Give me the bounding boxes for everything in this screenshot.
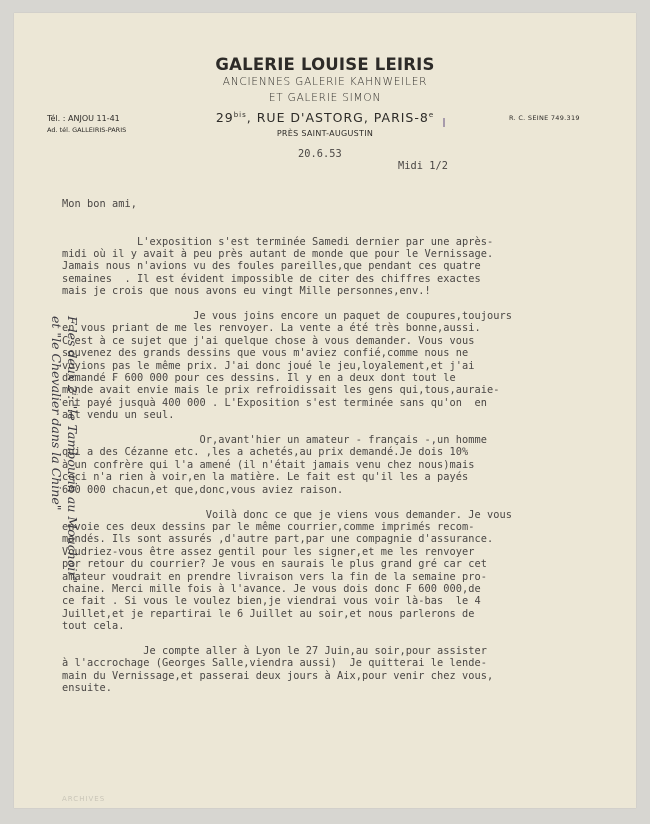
text-line: chaine. Merci mille fois à l'avance. Je … <box>62 583 512 595</box>
text-line: semaines . Il est évident impossible de … <box>62 273 512 285</box>
text-line: monde avait envie mais le prix refroidis… <box>62 384 512 396</box>
text-line: Voilà donc ce que je viens vous demander… <box>62 509 512 521</box>
address-rest: , RUE D'ASTORG, PARIS-8 <box>247 110 429 125</box>
text-line: Juillet,et je repartirai le 6 Juillet au… <box>62 608 512 620</box>
paragraph-gap <box>62 298 512 310</box>
text-line: à l'accrochage (Georges Salle,viendra au… <box>62 657 512 669</box>
telegraph-address: Ad. tél. GALLEIRIS-PARIS <box>47 126 126 134</box>
text-line: L'exposition s'est terminée Samedi derni… <box>62 236 512 248</box>
paragraph-gap <box>62 496 512 508</box>
text-line: Jamais nous n'avions vu des foules parei… <box>62 260 512 272</box>
paragraph-gap <box>62 223 512 235</box>
text-line: ce fait . Si vous le voulez bien,je vien… <box>62 595 512 607</box>
archive-stamp: ARCHIVES <box>62 795 105 803</box>
letterhead-subtitle-1: ANCIENNES GALERIE KAHNWEILER <box>0 76 650 88</box>
text-line: ait vendu un seul. <box>62 409 512 421</box>
paragraph: L'exposition s'est terminée Samedi derni… <box>62 236 512 298</box>
paragraph: Je compte aller à Lyon le 27 Juin,au soi… <box>62 645 512 695</box>
text-line: amateur voudrait en prendre livraison ve… <box>62 571 512 583</box>
telephone: Tél. : ANJOU 11-41 <box>47 114 120 123</box>
text-line: envoie ces deux dessins par le même cour… <box>62 521 512 533</box>
text-line: ensuite. <box>62 682 512 694</box>
text-line: souvenez des grands dessins que vous m'a… <box>62 347 512 359</box>
letterhead-subtitle-2: ET GALERIE SIMON <box>0 92 650 104</box>
paragraph: Or,avant'hier un amateur - français -,un… <box>62 434 512 496</box>
address-sup: bis <box>234 111 247 119</box>
text-line: qui a des Cézanne etc. ,les a achetés,au… <box>62 446 512 458</box>
paragraph-gap <box>62 633 512 645</box>
text-line: en vous priant de me les renvoyer. La ve… <box>62 322 512 334</box>
gallery-name: GALERIE LOUISE LEIRIS <box>0 55 650 74</box>
text-line: Je vous joins encore un paquet de coupur… <box>62 310 512 322</box>
letter-date: 20.6.53 <box>298 148 342 160</box>
text-line: ent payé jusquà 400 000 . L'Exposition s… <box>62 397 512 409</box>
text-line: midi où il y avait à peu près autant de … <box>62 248 512 260</box>
text-line: par retour du courrier? Je vous en saura… <box>62 558 512 570</box>
address-number: 29 <box>216 110 234 125</box>
text-line: voyions pas le même prix. J'ai donc joué… <box>62 360 512 372</box>
address-sup2: e <box>429 111 434 119</box>
registry-number: R. C. SEINE 749.319 <box>509 114 580 122</box>
text-line: mais je crois que nous avons eu vingt Mi… <box>62 285 512 297</box>
text-line: Voudriez-vous être assez gentil pour les… <box>62 546 512 558</box>
text-line: tout cela. <box>62 620 512 632</box>
text-line: mandés. Ils sont assurés ,d'autre part,p… <box>62 533 512 545</box>
paragraph: Voilà donc ce que je viens vous demander… <box>62 509 512 633</box>
salutation: Mon bon ami, <box>62 198 512 210</box>
letter-time: Midi 1/2 <box>398 160 448 172</box>
text-line: main du Vernissage,et passerai deux jour… <box>62 670 512 682</box>
text-line: Je compte aller à Lyon le 27 Juin,au soi… <box>62 645 512 657</box>
paragraph: Je vous joins encore un paquet de coupur… <box>62 310 512 422</box>
annotation-line-1: F les deux 2ⁱ: "le Tambourin au Mouchoir… <box>64 316 80 636</box>
paragraph-gap <box>62 422 512 434</box>
text-line: C'est à ce sujet que j'ai quelque chose … <box>62 335 512 347</box>
text-line: à un confrère qui l'a amené (il n'était … <box>62 459 512 471</box>
letter-body: Mon bon ami, L'exposition s'est terminée… <box>62 186 512 695</box>
text-line: Or,avant'hier un amateur - français -,un… <box>62 434 512 446</box>
text-line: ceci n'a rien à voir,en la matière. Le f… <box>62 471 512 483</box>
handwritten-annotation: F les deux 2ⁱ: "le Tambourin au Mouchoir… <box>36 316 80 636</box>
text-line: 600 000 chacun,et que,donc,vous aviez ra… <box>62 484 512 496</box>
annotation-line-2: et "le Chevalier dans la Chine" <box>48 316 64 636</box>
text-line: demandé ₣ 600 000 pour ces dessins. Il y… <box>62 372 512 384</box>
ink-mark <box>443 118 445 127</box>
